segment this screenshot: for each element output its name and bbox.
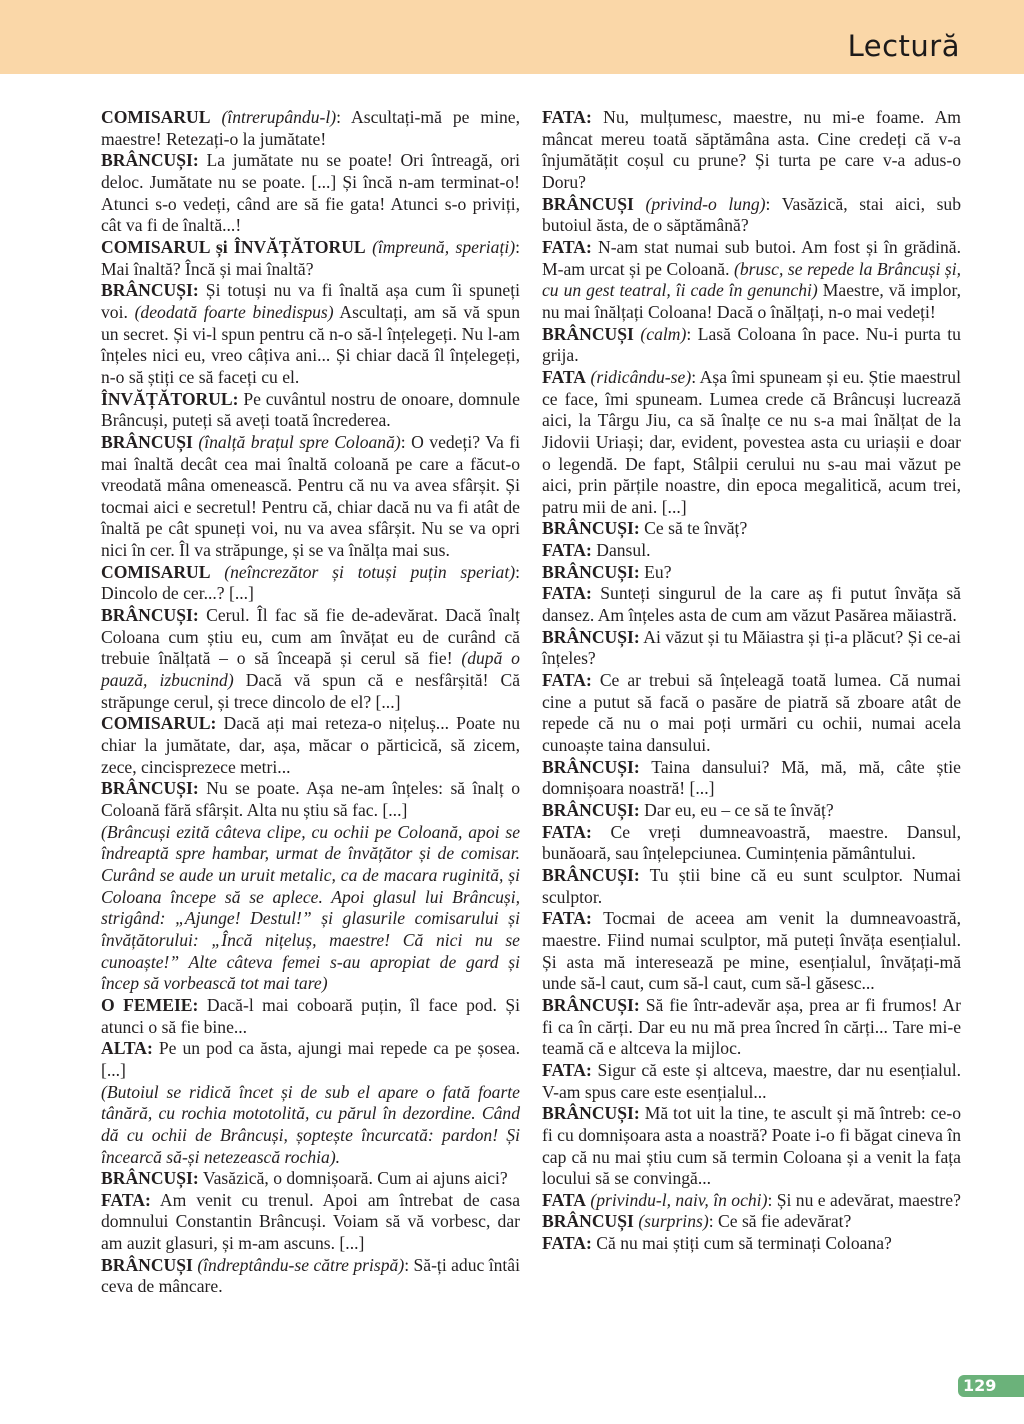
speaker-name: BRÂNCUȘI <box>542 1211 634 1231</box>
dialogue-line: BRÂNCUȘI: La jumătate nu se poate! Ori î… <box>101 150 520 237</box>
dialogue-line: BRÂNCUȘI (surprins): Ce să fie adevărat? <box>542 1211 961 1233</box>
stage-direction: (Butoiul se ridică încet și de sub el ap… <box>101 1082 520 1169</box>
speaker-name: FATA: <box>101 1190 151 1210</box>
dialogue-line: FATA: Nu, mulțumesc, maestre, nu mi-e fo… <box>542 107 961 194</box>
separator: : <box>709 1211 718 1231</box>
stage-direction-text: (privindu-l, naiv, în ochi) <box>590 1190 767 1210</box>
dialogue-line: BRÂNCUȘI: Eu? <box>542 562 961 584</box>
separator <box>592 822 611 842</box>
dialogue-line: COMISARUL (întrerupându-l): Ascultați-mă… <box>101 107 520 150</box>
dialogue-line: FATA: Sunteți singurul de la care aș fi … <box>542 583 961 626</box>
stage-direction: (Brâncuși ezită câteva clipe, cu ochii p… <box>101 822 520 995</box>
spoken-text: Am venit cu trenul. Apoi am întrebat de … <box>101 1190 520 1253</box>
dialogue-line: FATA (ridicându-se): Așa îmi spuneam și … <box>542 367 961 519</box>
spoken-text: Ce ar trebui să înțeleagă toată lumea. C… <box>542 670 961 755</box>
speaker-name: FATA <box>542 367 586 387</box>
right-column: FATA: Nu, mulțumesc, maestre, nu mi-e fo… <box>542 107 961 1255</box>
stage-direction-text: (îndreptându-se către prispă) <box>197 1255 404 1275</box>
dialogue-line: FATA: Dansul. <box>542 540 961 562</box>
separator <box>151 1190 160 1210</box>
separator: : <box>401 432 411 452</box>
speaker-name: BRÂNCUȘI: <box>101 1168 199 1188</box>
stage-direction-text: (calm) <box>640 324 686 344</box>
speaker-name: COMISARUL <box>101 107 210 127</box>
separator: : <box>336 107 351 127</box>
dialogue-line: BRÂNCUȘI: Ce să te învăț? <box>542 518 961 540</box>
stage-direction-text: (ridicându-se) <box>591 367 692 387</box>
speaker-name: BRÂNCUȘI <box>542 324 634 344</box>
stage-direction-text: (Butoiul se ridică încet și de sub el ap… <box>101 1082 520 1167</box>
separator <box>199 280 206 300</box>
speaker-name: BRÂNCUȘI: <box>101 605 199 625</box>
dialogue-line: BRÂNCUȘI: Să fie într-adevăr așa, prea a… <box>542 995 961 1060</box>
dialogue-line: BRÂNCUȘI (privind-o lung): Vasăzică, sta… <box>542 194 961 237</box>
separator <box>198 995 206 1015</box>
separator <box>199 605 206 625</box>
speaker-name: FATA: <box>542 1060 592 1080</box>
dialogue-line: FATA: Ce ar trebui să înțeleagă toată lu… <box>542 670 961 757</box>
dialogue-line: BRÂNCUȘI: Cerul. Îl fac să fie de-adevăr… <box>101 605 520 713</box>
dialogue-line: FATA: Sigur că este și altceva, maestre,… <box>542 1060 961 1103</box>
speaker-name: BRÂNCUȘI: <box>542 995 640 1015</box>
dialogue-line: ALTA: Pe un pod ca ăsta, ajungi mai repe… <box>101 1038 520 1081</box>
separator <box>216 713 223 733</box>
spoken-text: Vasăzică, o domnișoară. Cum ai ajuns aic… <box>203 1168 508 1188</box>
stage-direction-text: (surprins) <box>638 1211 708 1231</box>
dialogue-line: FATA (privindu-l, naiv, în ochi): Și nu … <box>542 1190 961 1212</box>
stage-direction-text: (Brâncuși ezită câteva clipe, cu ochii p… <box>101 822 520 994</box>
spoken-text: Dar eu, eu – ce să te învăț? <box>644 800 834 820</box>
separator: : <box>686 324 697 344</box>
speaker-name: ÎNVĂȚĂTORUL: <box>101 389 239 409</box>
spoken-text: Nu, mulțumesc, maestre, nu mi-e foame. A… <box>542 107 961 192</box>
speaker-name: O FEMEIE: <box>101 995 198 1015</box>
stage-direction-text: (deodată foarte binedispus) <box>135 302 334 322</box>
speaker-name: FATA: <box>542 822 592 842</box>
speaker-name: COMISARUL și ÎNVĂȚĂTORUL <box>101 237 366 257</box>
speaker-name: BRÂNCUȘI: <box>101 280 199 300</box>
speaker-name: ALTA: <box>101 1038 153 1058</box>
dialogue-line: ÎNVĂȚĂTORUL: Pe cuvântul nostru de onoar… <box>101 389 520 432</box>
speaker-name: FATA: <box>542 237 592 257</box>
dialogue-line: BRÂNCUȘI: Ai văzut și tu Măiastra și ți-… <box>542 627 961 670</box>
spoken-text: Ce să fie adevărat? <box>718 1211 851 1231</box>
speaker-name: FATA <box>542 1190 586 1210</box>
stage-direction-text: (neîncrezător și totuși puțin speriat) <box>224 562 515 582</box>
separator <box>592 908 603 928</box>
spoken-text: Tocmai de aceea am venit la dumneavoastr… <box>542 908 961 993</box>
dialogue-line: BRÂNCUȘI: Mă tot uit la tine, te ascult … <box>542 1103 961 1190</box>
speaker-name: COMISARUL <box>101 562 210 582</box>
speaker-name: FATA: <box>542 1233 592 1253</box>
dialogue-line: FATA: Că nu mai știți cum să terminați C… <box>542 1233 961 1255</box>
dialogue-line: BRÂNCUȘI: Tu știi bine că eu sunt sculpt… <box>542 865 961 908</box>
separator <box>592 107 603 127</box>
separator <box>592 583 600 603</box>
spoken-text: Și nu e adevărat, maestre? <box>777 1190 961 1210</box>
section-title: Lectură <box>848 28 960 64</box>
dialogue-line: O FEMEIE: Dacă-l mai coboară puțin, îl f… <box>101 995 520 1038</box>
speaker-name: FATA: <box>542 670 592 690</box>
speaker-name: FATA: <box>542 908 592 928</box>
dialogue-line: BRÂNCUȘI (îndreptându-se către prispă): … <box>101 1255 520 1298</box>
spoken-text: Sigur că este și altceva, maestre, dar n… <box>542 1060 961 1102</box>
separator <box>640 865 650 885</box>
speaker-name: BRÂNCUȘI: <box>542 1103 640 1123</box>
left-column: COMISARUL (întrerupându-l): Ascultați-mă… <box>101 107 520 1298</box>
speaker-name: BRÂNCUȘI: <box>542 627 640 647</box>
spoken-text: Pe un pod ca ăsta, ajungi mai repede ca … <box>101 1038 520 1080</box>
spoken-text: Eu? <box>644 562 671 582</box>
speaker-name: FATA: <box>542 540 592 560</box>
speaker-name: BRÂNCUȘI: <box>542 562 640 582</box>
spoken-text: Dincolo de cer...? [...] <box>101 583 254 603</box>
speaker-name: FATA: <box>542 107 592 127</box>
speaker-name: BRÂNCUȘI <box>542 194 634 214</box>
dialogue-line: BRÂNCUȘI: Și totuși nu va fi înaltă așa … <box>101 280 520 388</box>
dialogue-line: BRÂNCUȘI: Dar eu, eu – ce să te învăț? <box>542 800 961 822</box>
dialogue-line: BRÂNCUȘI: Taina dansului? Mă, mă, mă, câ… <box>542 757 961 800</box>
speaker-name: BRÂNCUȘI <box>101 1255 193 1275</box>
speaker-name: BRÂNCUȘI: <box>542 800 640 820</box>
stage-direction-text: (privind-o lung) <box>645 194 765 214</box>
spoken-text: Că nu mai știți cum să terminați Coloana… <box>596 1233 892 1253</box>
speaker-name: BRÂNCUȘI: <box>542 865 640 885</box>
speaker-name: COMISARUL: <box>101 713 216 733</box>
spoken-text: Așa îmi spuneam și eu. Știe maestrul ce … <box>542 367 961 517</box>
page-header: Lectură <box>0 0 1024 74</box>
speaker-name: BRÂNCUȘI: <box>101 778 199 798</box>
stage-direction-text: (înalță brațul spre Coloană) <box>198 432 400 452</box>
dialogue-line: FATA: Ce vreți dumneavoastră, maestre. D… <box>542 822 961 865</box>
dialogue-line: COMISARUL (neîncrezător și totuși puțin … <box>101 562 520 605</box>
dialogue-line: FATA: N-am stat numai sub butoi. Am fost… <box>542 237 961 324</box>
page-number-badge: 129 <box>958 1375 1024 1397</box>
spoken-text: Ce să te învăț? <box>644 518 747 538</box>
dialogue-line: BRÂNCUȘI (înalță brațul spre Coloană): O… <box>101 432 520 562</box>
separator: : <box>515 562 520 582</box>
separator: : <box>767 1190 776 1210</box>
speaker-name: FATA: <box>542 583 592 603</box>
speaker-name: BRÂNCUȘI: <box>101 150 199 170</box>
speaker-name: BRÂNCUȘI: <box>542 518 640 538</box>
speaker-name: BRÂNCUȘI <box>101 432 193 452</box>
dialogue-line: BRÂNCUȘI: Nu se poate. Așa ne-am înțeles… <box>101 778 520 821</box>
dialogue-line: COMISARUL și ÎNVĂȚĂTORUL (împreună, sper… <box>101 237 520 280</box>
separator: : <box>515 237 520 257</box>
dialogue-line: FATA: Am venit cu trenul. Apoi am întreb… <box>101 1190 520 1255</box>
stage-direction-text: (împreună, speriați) <box>372 237 515 257</box>
dialogue-line: FATA: Tocmai de aceea am venit la dumnea… <box>542 908 961 995</box>
spoken-text: Sunteți singurul de la care aș fi putut … <box>542 583 961 625</box>
spoken-text: Mai înaltă? Încă și mai înaltă? <box>101 259 314 279</box>
separator <box>640 757 652 777</box>
speaker-name: BRÂNCUȘI: <box>542 757 640 777</box>
spoken-text: Dansul. <box>596 540 650 560</box>
dialogue-line: BRÂNCUȘI (calm): Lasă Coloana în pace. N… <box>542 324 961 367</box>
stage-direction-text: (întrerupându-l) <box>221 107 336 127</box>
separator <box>199 150 207 170</box>
separator <box>592 670 600 690</box>
dialogue-line: COMISARUL: Dacă ați mai reteza-o nițeluș… <box>101 713 520 778</box>
dialogue-line: BRÂNCUȘI: Vasăzică, o domnișoară. Cum ai… <box>101 1168 520 1190</box>
separator: : <box>691 367 699 387</box>
separator: : <box>766 194 782 214</box>
